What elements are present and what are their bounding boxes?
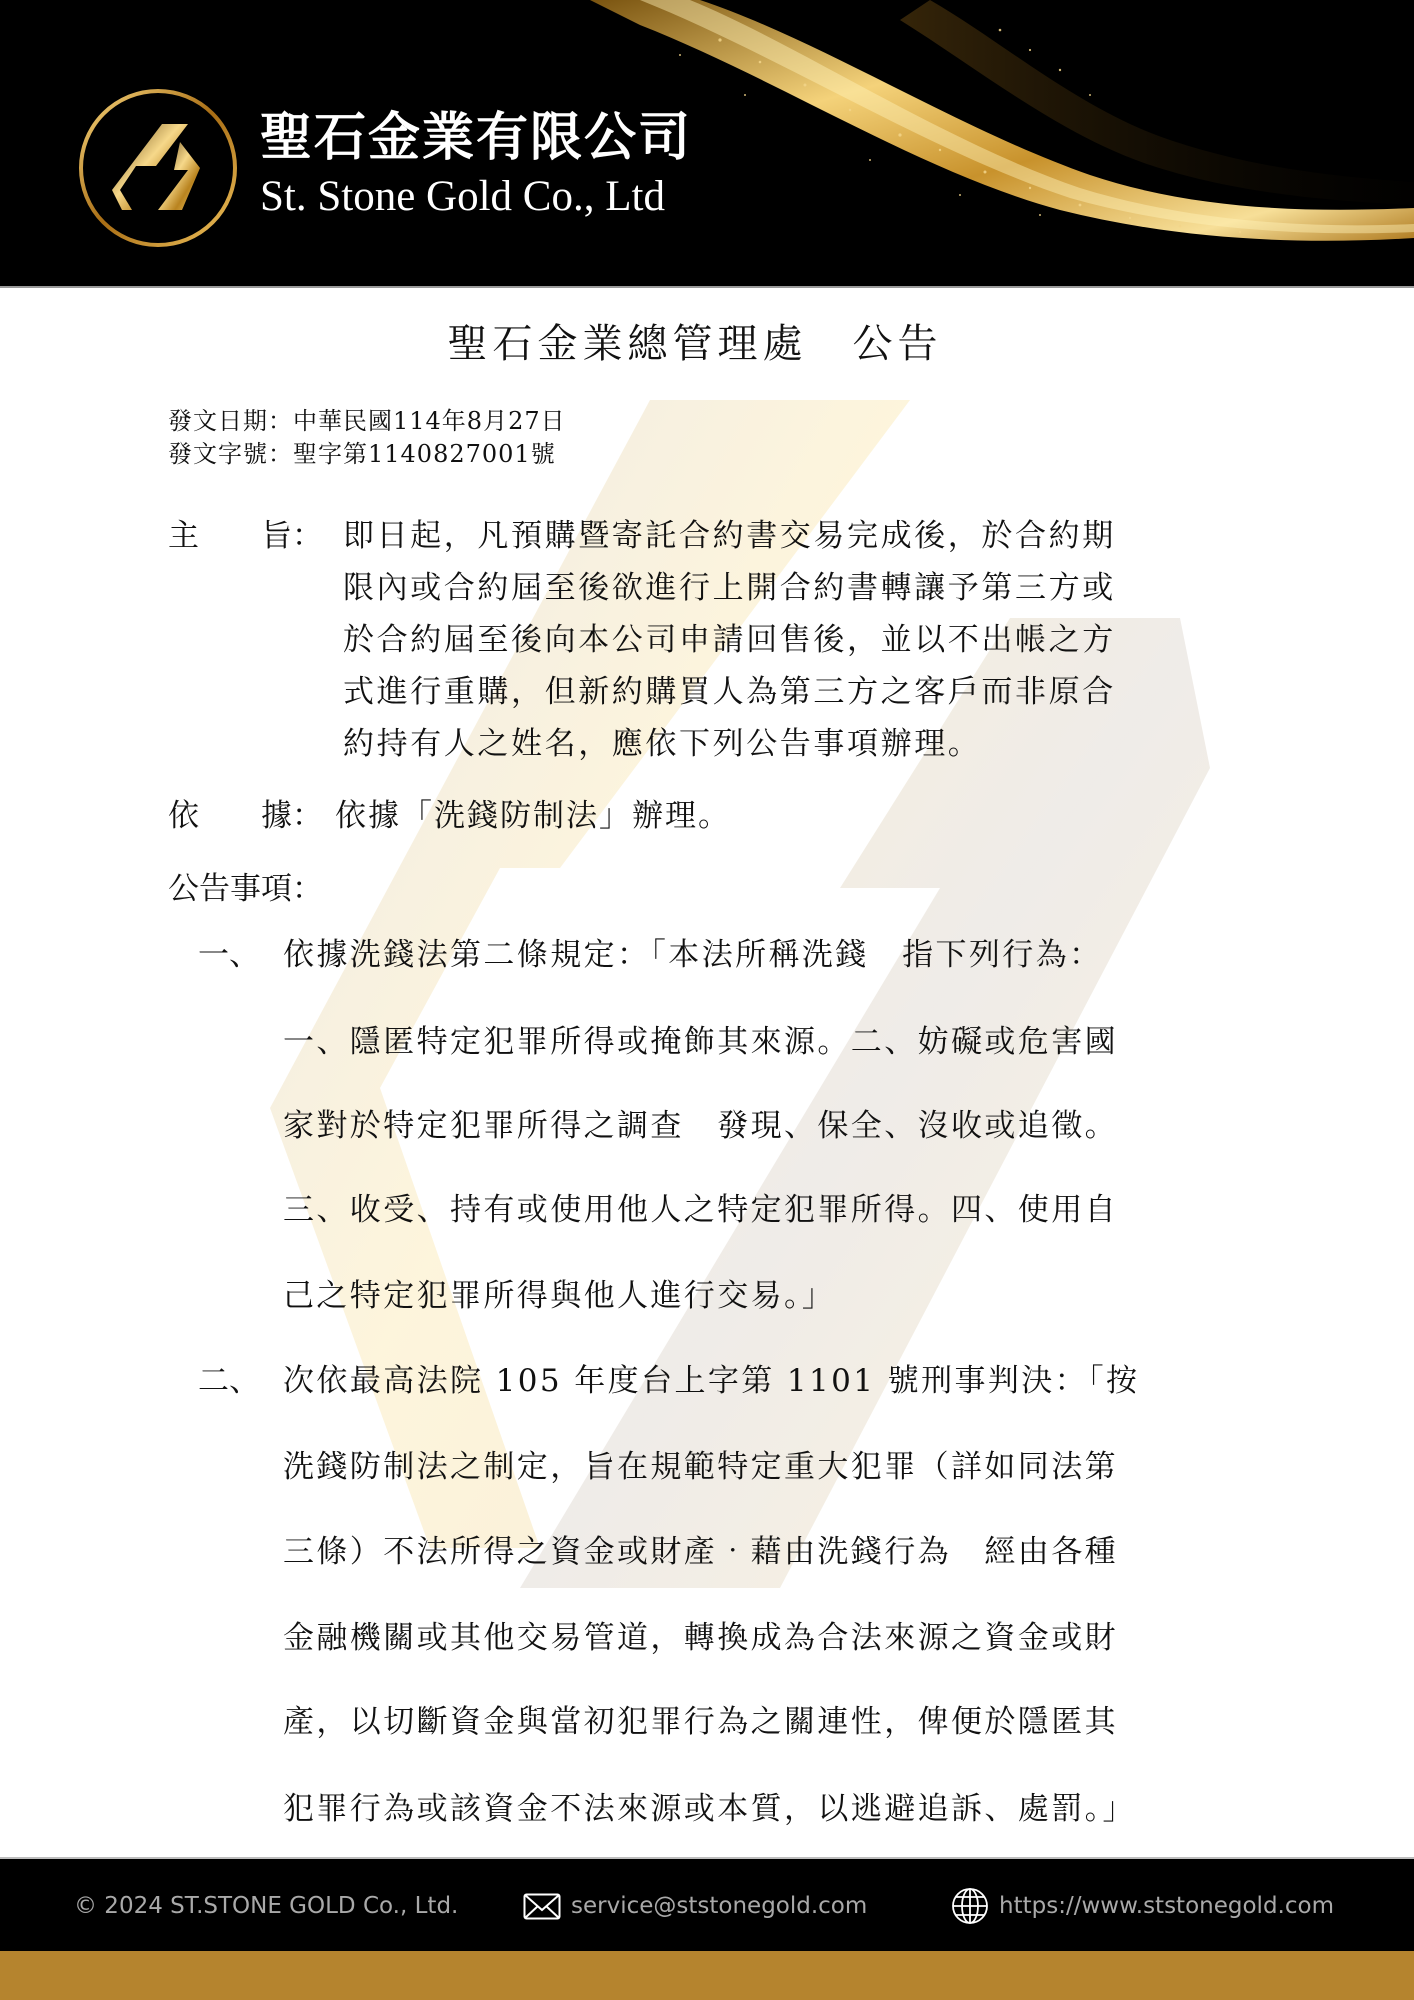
subject-line: 即日起，凡預購暨寄託合約書交易完成後，於合約期 [343,510,1223,562]
subject-text: 即日起，凡預購暨寄託合約書交易完成後，於合約期 限內或合約屆至後欲進行上開合約書… [343,510,1223,770]
copyright-text: © 2024 ST.STONE GOLD Co., Ltd. [74,1889,458,1923]
email-link[interactable]: service@ststonegold.com [571,1893,867,1919]
company-logo-icon [76,86,240,250]
document-number: 發文字號：聖字第1140827001號 [168,439,556,469]
company-name-english: St. Stone Gold Co., Ltd [260,172,665,222]
subject-line: 式進行重購，但新約購買人為第三方之客戶而非原合 [343,666,1223,718]
item-line: 家對於特定犯罪所得之調查 發現、保全、沒收或追徵。 [283,1100,1118,1152]
website-link[interactable]: https://www.ststonegold.com [999,1893,1334,1919]
email-contact[interactable]: service@ststonegold.com [523,1889,867,1923]
footer-gold-band [0,1951,1414,2000]
basis-label: 依 據： [168,790,323,842]
item-line: 三、收受、持有或使用他人之特定犯罪所得。四、使用自 [283,1184,1118,1236]
item-line: 犯罪行為或該資金不法來源或本質，以逃避追訴、處罰。」 [283,1783,1136,1835]
item-line: 洗錢防制法之制定，旨在規範特定重大犯罪（詳如同法第 [283,1441,1118,1493]
item-line: 次依最高法院 105 年度台上字第 1101 號刑事判決：「按 [283,1355,1139,1407]
globe-icon [951,1887,989,1925]
subject-line: 約持有人之姓名，應依下列公告事項辦理。 [343,718,1223,770]
announcement-title: 聖石金業總管理處 公告 [0,318,1390,370]
letterhead-banner: 聖石金業有限公司 St. Stone Gold Co., Ltd [0,0,1414,288]
issue-date-label: 發文日期： [168,407,293,435]
subject-line: 於合約屆至後向本公司申請回售後，並以不出帳之方 [343,614,1223,666]
mail-icon [523,1893,561,1920]
item-line: 三條）不法所得之資金或財產‧藉由洗錢行為 經由各種 [283,1526,1118,1578]
issue-date-value: 中華民國114年8月27日 [293,407,566,435]
item-number: 一、 [198,929,260,981]
item-line: 一、隱匿特定犯罪所得或掩飾其來源。二、妨礙或危害國 [283,1016,1118,1068]
notice-items-heading: 公告事項： [168,863,323,915]
company-name-chinese: 聖石金業有限公司 [260,106,692,170]
item-number: 二、 [198,1355,260,1407]
subject-line: 限內或合約屆至後欲進行上開合約書轉讓予第三方或 [343,562,1223,614]
subject-label: 主 旨： [168,510,323,562]
document-number-label: 發文字號： [168,440,293,468]
item-line: 己之特定犯罪所得與他人進行交易。」 [283,1270,835,1322]
item-line: 金融機關或其他交易管道，轉換成為合法來源之資金或財 [283,1612,1118,1664]
basis-text: 依據「洗錢防制法」辦理。 [335,790,731,842]
item-line: 產，以切斷資金與當初犯罪行為之關連性，俾便於隱匿其 [283,1696,1118,1748]
document-number-value: 聖字第1140827001號 [293,440,556,468]
issue-date: 發文日期：中華民國114年8月27日 [168,406,566,436]
website-contact[interactable]: https://www.ststonegold.com [951,1889,1334,1923]
footer-bar: © 2024 ST.STONE GOLD Co., Ltd. service@s… [0,1857,1414,1953]
item-line: 依據洗錢法第二條規定：「本法所稱洗錢 指下列行為： [283,929,1103,981]
